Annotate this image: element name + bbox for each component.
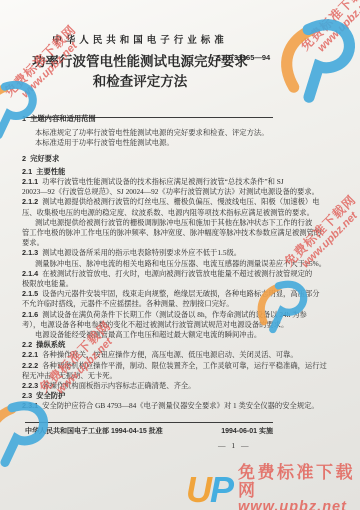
section-heading: 2完好要求 — [22, 154, 294, 164]
body-line: 2.3.1安全防护应符合 GB 4793—84《电子测量仪器安全要求》对 1 类… — [22, 401, 294, 411]
body-line: 2.2.2各种调谐机构应操作平滑，制动、限位装置齐全，工作灵敏可靠，运行平稳准确… — [22, 361, 294, 371]
watermark-banner-bottom: UP 免费标准下载网 www.upbz.net — [186, 464, 360, 510]
title-line-2: 和检查评定方法 — [0, 72, 280, 92]
body-line: 2.2.1各种操作开关、按钮应操作方便，高压电源、低压电源启动、关闭灵活、可靠。 — [22, 350, 294, 360]
body-line: 测量脉冲电压、脉冲电流的相关电路和电压分压器、电流互感器的测量误差应不大于±5%… — [22, 259, 294, 269]
body-line: 2.1.4在被测试行波管放电、打火时，电源向被测行波管放电能量不超过被测行波管规… — [22, 269, 294, 279]
watermark-site-name: 免费标准下载网 — [238, 464, 360, 500]
page-number: — 1 — — [218, 441, 251, 450]
watermark-site-url: www.upbz.net — [238, 500, 360, 510]
body-line: 本标准规定了功率行波管电性能测试电源的完好要求和检查、评定方法。 — [22, 128, 294, 138]
body-line: 要求。 — [22, 238, 294, 248]
body-line: 不允许临时搭线，元器件不应摇摆挂。各种测量、控制接口完好。 — [22, 299, 294, 309]
body-line: 20023—92《行波管总规范》、SJ 20024—92《功率行波管测试方法》对… — [22, 187, 294, 197]
body-line: 2.1.2测试电源提供给被测行波管的灯丝电压、栅极负偏压、慢波线电压、阳极（加速… — [22, 197, 294, 207]
body-line: 管工作电极的脉冲工作电压的脉冲频率、脉冲宽度、脉冲幅度等脉冲技术参数应满足被测管… — [22, 228, 294, 238]
body-line: 2.2.3各操作机构面板指示内容标志正确清楚、齐全。 — [22, 381, 294, 391]
footer-divider — [25, 422, 273, 423]
approval-note: 中华人民共和国电子工业部 1994-04-15 批准 — [25, 426, 163, 436]
subsection-heading: 2.2操纵系统 — [22, 340, 294, 350]
scanned-standard-page: 中华人民共和国电子行业标准 功率行波管电性能测试电源完好要求 和检查评定方法 S… — [0, 0, 360, 510]
body-line: 压、收集极电压的电源的稳定度、纹波系数、电源内阻等项技术指标应满足被测管的要求。 — [22, 208, 294, 218]
section-heading: 1主题内容和适用范围 — [22, 114, 294, 124]
subsection-heading: 2.1主要性能 — [22, 167, 294, 177]
document-body: 1主题内容和适用范围 本标准规定了功率行波管电性能测试电源的完好要求和检查、评定… — [22, 112, 294, 412]
body-line: 极限放电能量。 — [22, 279, 294, 289]
body-line: 2.1.5设备内元器件安装牢固，线束走向规整，绝缘层无破损，各种电路标志明显，高… — [22, 289, 294, 299]
body-line: 测试电源提供给被测行波管的栅极调制脉冲电压和施加于其他在脉冲状态下工作的行波 — [22, 218, 294, 228]
watermark-text-top-right: 免费标准下载网www.upbz.net — [293, 0, 360, 68]
body-line: 考），电源设备各种电参数的变化不超过被测试行波管测试规范对电源设备的要求。 — [22, 320, 294, 330]
implementation-date: 1994-06-01 实施 — [173, 426, 273, 436]
subsection-heading: 2.3安全防护 — [22, 391, 294, 401]
body-line: 程无冲击、无振动、无卡死。 — [22, 371, 294, 381]
up-logo-letters: UP — [186, 472, 232, 508]
body-line: 本标准适用于功率行波管电性能测试电源。 — [22, 138, 294, 148]
body-line: 2.1.3测试电源设备所采用的指示电表除特别要求外应不低于1.5级。 — [22, 248, 294, 258]
body-line: 电源设备能经受被测管最高工作电压和超过最大额定电流的瞬间冲击。 — [22, 330, 294, 340]
body-line: 2.1.1功率行波管电性能测试设备的技术指标应满足被测行波管“总技术条件”和 S… — [22, 177, 294, 187]
standard-number: SJ/T 31165—94 — [216, 53, 270, 62]
standard-category-label: 中华人民共和国电子行业标准 — [0, 32, 280, 46]
body-line: 2.1.6测试设备在满负荷条件下长期工作（测试设备以 8h，作寿命测试的设备以 … — [22, 310, 294, 320]
upbz-logo-icon — [272, 10, 360, 107]
